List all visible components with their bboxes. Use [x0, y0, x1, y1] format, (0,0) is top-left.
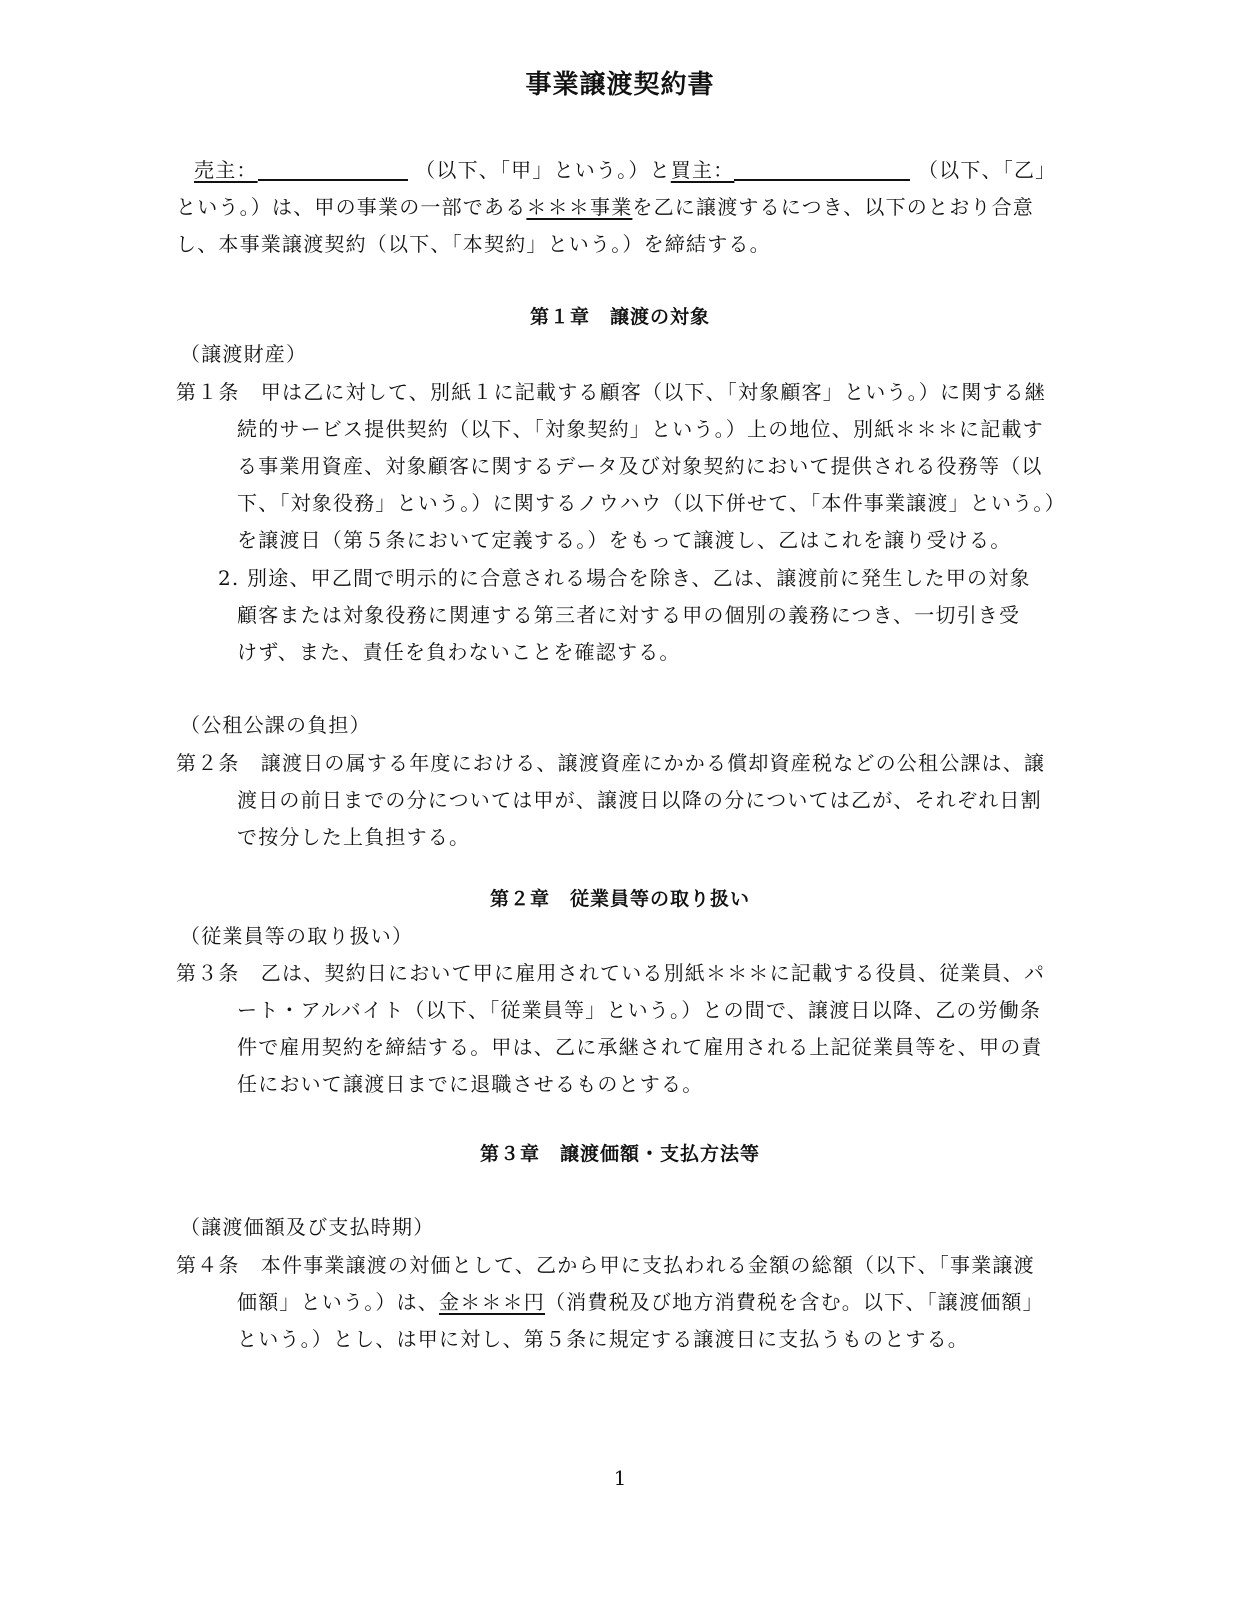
article-4-line: という。）とし、は甲に対し、第５条に規定する譲渡日に支払うものとする。	[237, 1327, 969, 1351]
article-1-line: 第１条 甲は乙に対して、別紙１に記載する顧客（以下、「対象顧客」という。）に関す…	[176, 380, 1046, 404]
seller-name-blank[interactable]	[258, 159, 408, 181]
article-3-line: 件で雇用契約を締結する。甲は、乙に承継されて雇用される上記従業員等を、甲の責	[237, 1035, 1043, 1059]
article-2-line: 第２条 譲渡日の属する年度における、譲渡資産にかかる償却資産税などの公租公課は、…	[176, 751, 1045, 775]
article-1-caption: （譲渡財産）	[180, 342, 307, 366]
chapter-1-heading: 第１章 譲渡の対象	[0, 302, 1240, 329]
article-1-paragraph-2-line: 顧客または対象役務に関連する第三者に対する甲の個別の義務につき、一切引き受	[237, 603, 1020, 627]
article-4-text: （消費税及び地方消費税を含む。以下、「譲渡価額」	[545, 1290, 1044, 1314]
buyer-label: 買主：	[671, 158, 735, 182]
article-3-line: ート・アルバイト（以下、「従業員等」という。）との間で、譲渡日以降、乙の労働条	[237, 998, 1041, 1022]
article-1-line: る事業用資産、対象顧客に関するデータ及び対象契約において提供される役務等（以	[237, 454, 1043, 478]
buyer-name-blank[interactable]	[734, 159, 910, 181]
article-2-line: 渡日の前日までの分については甲が、譲渡日以降の分については乙が、それぞれ日割	[237, 788, 1042, 812]
preamble-text: を乙に譲渡するにつき、以下のとおり合意	[632, 195, 1034, 219]
article-1-paragraph-2-line: けず、また、責任を負わないことを確認する。	[237, 640, 681, 664]
article-4-line: 第４条 本件事業譲渡の対価として、乙から甲に支払われる金額の総額（以下、「事業譲…	[176, 1253, 1035, 1277]
preamble-text: という。）は、甲の事業の一部である	[176, 195, 526, 219]
article-2-caption: （公租公課の負担）	[180, 713, 371, 737]
article-3-line: 任において譲渡日までに退職させるものとする。	[237, 1072, 703, 1096]
transfer-amount: 金＊＊＊円	[439, 1290, 545, 1314]
seller-label: 売主：	[194, 158, 258, 182]
article-4-text: 価額」という。）は、	[237, 1290, 439, 1314]
page-number: 1	[0, 1466, 1240, 1490]
business-name: ＊＊＊事業	[526, 195, 632, 219]
preamble-line-3: し、本事業譲渡契約（以下、「本契約」という。）を締結する。	[176, 232, 771, 256]
buyer-suffix: （以下、「乙」	[918, 158, 1056, 182]
seller-suffix: （以下、「甲」という。）と	[415, 158, 671, 182]
preamble-line-2: という。）は、甲の事業の一部である＊＊＊事業を乙に譲渡するにつき、以下のとおり合…	[176, 195, 1034, 219]
article-3-line: 第３条 乙は、契約日において甲に雇用されている別紙＊＊＊に記載する役員、従業員、…	[176, 961, 1045, 985]
document-page: 事業譲渡契約書 売主： （以下、「甲」という。）と買主： （以下、「乙」 という…	[0, 0, 1240, 1618]
article-1-line: 続的サービス提供契約（以下、「対象契約」という。）上の地位、別紙＊＊＊に記載す	[237, 417, 1044, 441]
article-1-line: 下、「対象役務」という。）に関するノウハウ（以下併せて、「本件事業譲渡」という。…	[237, 491, 1066, 515]
chapter-2-heading: 第２章 従業員等の取り扱い	[0, 884, 1240, 911]
article-3-caption: （従業員等の取り扱い）	[180, 924, 413, 948]
article-1-line: を譲渡日（第５条において定義する。）をもって譲渡し、乙はこれを譲り受ける。	[237, 528, 1011, 552]
document-title: 事業譲渡契約書	[0, 64, 1240, 101]
article-4-line: 価額」という。）は、金＊＊＊円（消費税及び地方消費税を含む。以下、「譲渡価額」	[237, 1290, 1044, 1314]
chapter-3-heading: 第３章 譲渡価額・支払方法等	[0, 1139, 1240, 1166]
article-4-caption: （譲渡価額及び支払時期）	[180, 1215, 434, 1239]
article-2-line: で按分した上負担する。	[237, 825, 470, 849]
preamble-line-1: 売主： （以下、「甲」という。）と買主： （以下、「乙」	[194, 158, 1056, 182]
article-1-paragraph-2-line: 2. 別途、甲乙間で明示的に合意される場合を除き、乙は、譲渡前に発生した甲の対象	[218, 566, 1031, 590]
